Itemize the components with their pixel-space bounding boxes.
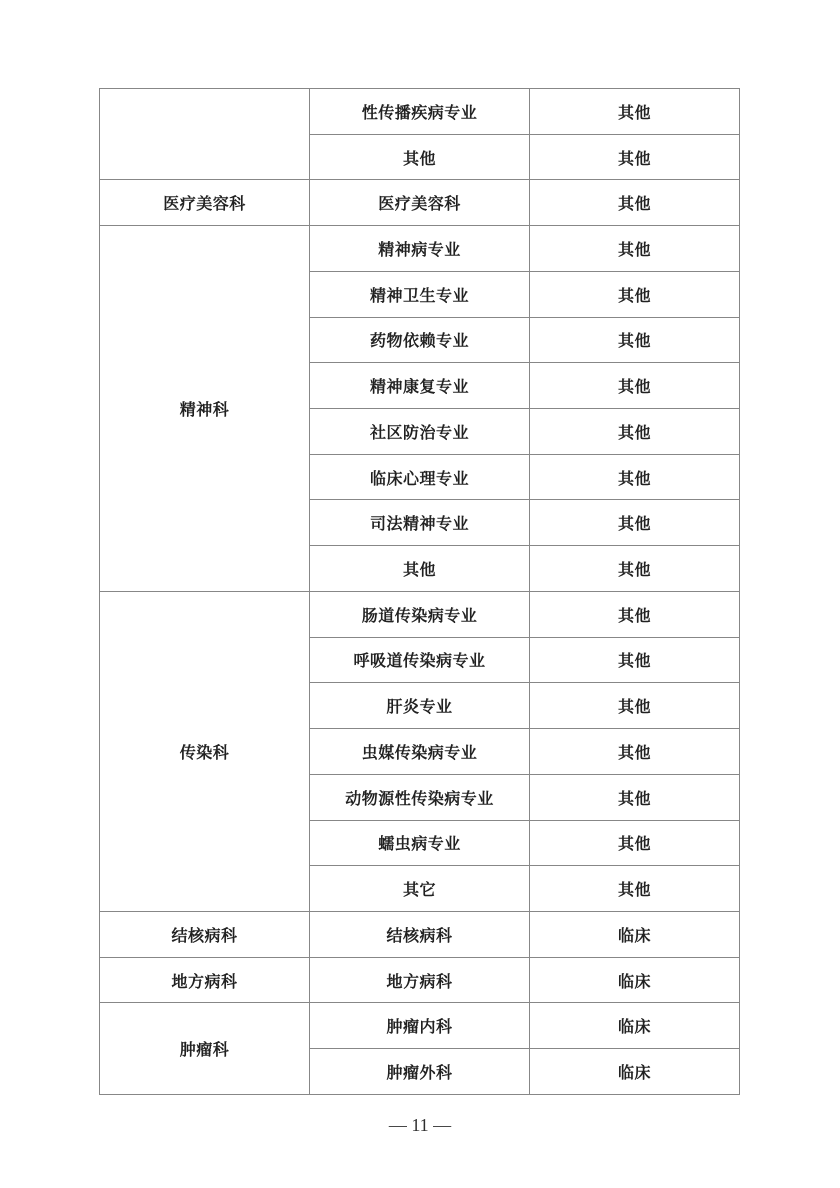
specialty-cell: 蠕虫病专业 [310, 820, 530, 866]
category-cell: 肿瘤科 [100, 1003, 310, 1095]
category-cell: 传染科 [100, 591, 310, 911]
category-cell: 地方病科 [100, 957, 310, 1003]
specialty-cell: 其他 [310, 546, 530, 592]
specialty-cell: 结核病科 [310, 911, 530, 957]
type-cell: 其他 [530, 180, 740, 226]
category-cell [100, 89, 310, 180]
specialty-cell: 司法精神专业 [310, 500, 530, 546]
table-body: 性传播疾病专业其他其他其他医疗美容科医疗美容科其他精神科精神病专业其他精神卫生专… [100, 89, 740, 1095]
type-cell: 其他 [530, 454, 740, 500]
specialty-cell: 虫媒传染病专业 [310, 729, 530, 775]
category-cell: 结核病科 [100, 911, 310, 957]
document-page: 性传播疾病专业其他其他其他医疗美容科医疗美容科其他精神科精神病专业其他精神卫生专… [0, 0, 840, 1188]
type-cell: 其他 [530, 409, 740, 455]
type-cell: 临床 [530, 911, 740, 957]
specialty-cell: 医疗美容科 [310, 180, 530, 226]
specialty-cell: 社区防治专业 [310, 409, 530, 455]
specialty-cell: 药物依赖专业 [310, 317, 530, 363]
type-cell: 临床 [530, 1049, 740, 1095]
type-cell: 其他 [530, 363, 740, 409]
specialty-cell: 性传播疾病专业 [310, 89, 530, 135]
specialty-cell: 精神病专业 [310, 226, 530, 272]
specialty-cell: 其它 [310, 866, 530, 912]
category-cell: 精神科 [100, 226, 310, 592]
category-cell: 医疗美容科 [100, 180, 310, 226]
table-row: 结核病科结核病科临床 [100, 911, 740, 957]
table-row: 医疗美容科医疗美容科其他 [100, 180, 740, 226]
page-number: — 11 — [0, 1115, 840, 1136]
type-cell: 其他 [530, 226, 740, 272]
type-cell: 其他 [530, 683, 740, 729]
type-cell: 其他 [530, 546, 740, 592]
specialty-cell: 肿瘤内科 [310, 1003, 530, 1049]
specialty-cell: 肿瘤外科 [310, 1049, 530, 1095]
table-row: 传染科肠道传染病专业其他 [100, 591, 740, 637]
type-cell: 其他 [530, 500, 740, 546]
type-cell: 其他 [530, 591, 740, 637]
table-row: 肿瘤科肿瘤内科临床 [100, 1003, 740, 1049]
specialty-cell: 肝炎专业 [310, 683, 530, 729]
type-cell: 其他 [530, 820, 740, 866]
specialty-cell: 地方病科 [310, 957, 530, 1003]
type-cell: 临床 [530, 957, 740, 1003]
department-specialty-table: 性传播疾病专业其他其他其他医疗美容科医疗美容科其他精神科精神病专业其他精神卫生专… [99, 88, 740, 1095]
specialty-cell: 精神卫生专业 [310, 271, 530, 317]
type-cell: 其他 [530, 774, 740, 820]
specialty-cell: 动物源性传染病专业 [310, 774, 530, 820]
type-cell: 其他 [530, 637, 740, 683]
type-cell: 其他 [530, 866, 740, 912]
specialty-cell: 临床心理专业 [310, 454, 530, 500]
type-cell: 其他 [530, 729, 740, 775]
specialty-cell: 其他 [310, 134, 530, 180]
specialty-cell: 精神康复专业 [310, 363, 530, 409]
specialty-cell: 肠道传染病专业 [310, 591, 530, 637]
type-cell: 临床 [530, 1003, 740, 1049]
type-cell: 其他 [530, 89, 740, 135]
type-cell: 其他 [530, 134, 740, 180]
type-cell: 其他 [530, 271, 740, 317]
specialty-cell: 呼吸道传染病专业 [310, 637, 530, 683]
table-row: 性传播疾病专业其他 [100, 89, 740, 135]
table-row: 精神科精神病专业其他 [100, 226, 740, 272]
type-cell: 其他 [530, 317, 740, 363]
table-row: 地方病科地方病科临床 [100, 957, 740, 1003]
